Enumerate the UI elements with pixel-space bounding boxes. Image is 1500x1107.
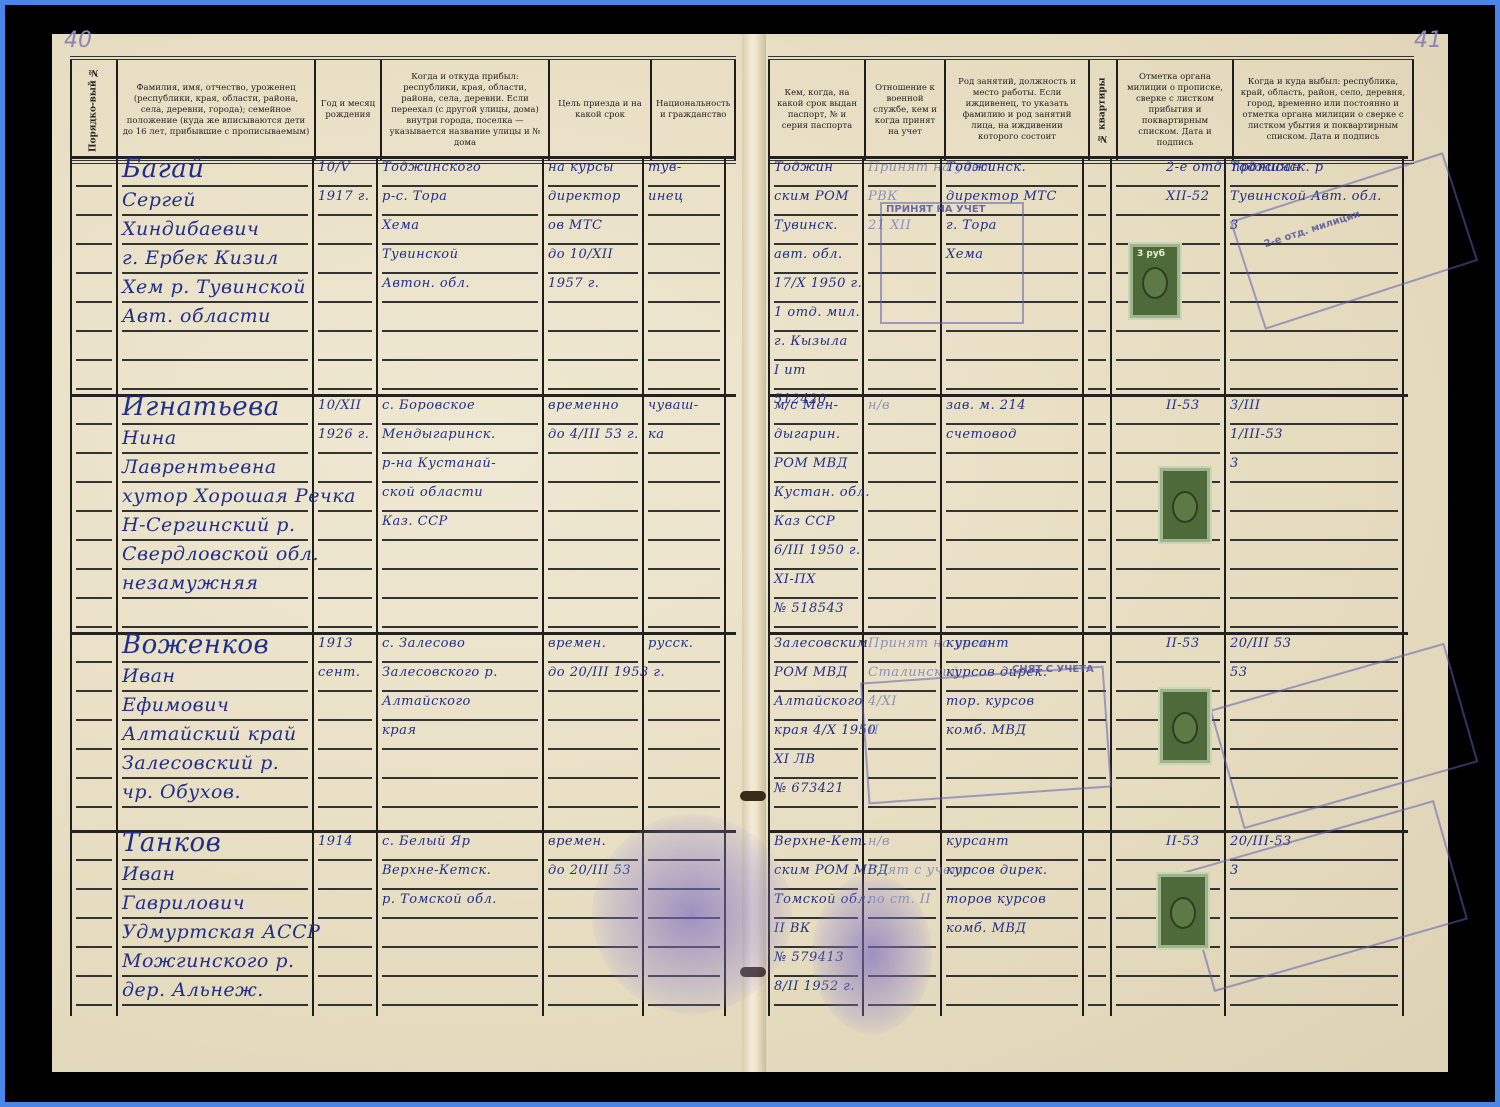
ruled-line xyxy=(318,777,372,779)
handwritten-birth: 1926 г. xyxy=(318,427,369,442)
handwritten-passport: 17/X 1950 г. xyxy=(774,276,862,291)
ruled-line xyxy=(548,690,638,692)
handwritten-passport: № 673421 xyxy=(774,781,844,796)
ruled-line xyxy=(318,690,372,692)
registration-stamp xyxy=(880,202,1024,324)
ink-smear xyxy=(592,814,792,1014)
ruled-line xyxy=(382,301,538,303)
ruled-line xyxy=(1116,806,1220,808)
ruled-line xyxy=(318,423,372,425)
handwritten-occupation: зав. м. 214 xyxy=(946,398,1026,413)
ruled-line xyxy=(122,859,308,861)
ruled-line xyxy=(648,510,720,512)
ruled-line xyxy=(122,719,308,721)
ruled-line xyxy=(1116,359,1220,361)
ruled-line xyxy=(548,1004,638,1006)
ruled-line xyxy=(1116,388,1220,390)
header-col-3: Год и месяц рождения xyxy=(315,58,381,162)
ruled-line xyxy=(122,690,308,692)
ruled-line xyxy=(318,597,372,599)
ruled-line xyxy=(548,597,638,599)
ruled-line xyxy=(774,243,858,245)
ruled-line xyxy=(648,539,720,541)
handwritten-military: н/в xyxy=(868,834,890,849)
ruled-line xyxy=(318,975,372,977)
ruled-line xyxy=(1116,661,1220,663)
ruled-line xyxy=(382,330,538,332)
register-header-left: Порядко-вый № Фамилия, имя, отчество, ур… xyxy=(70,56,736,164)
ruled-line xyxy=(548,510,638,512)
ruled-line xyxy=(548,330,638,332)
ruled-line xyxy=(382,859,538,861)
ruled-line xyxy=(76,539,112,541)
handwritten-passport: 6/III 1950 г. xyxy=(774,543,861,558)
ruled-line xyxy=(774,388,858,390)
ruled-line xyxy=(122,388,308,390)
handwritten-passport: авт. обл. xyxy=(774,247,843,262)
handwritten-name-lines: Н-Сергинский р. xyxy=(122,514,296,536)
ruled-line xyxy=(946,481,1078,483)
handwritten-name-lines: Залесовский р. xyxy=(122,752,279,774)
ruled-line xyxy=(548,481,638,483)
ruled-line xyxy=(1088,626,1106,628)
ruled-line xyxy=(1116,597,1220,599)
handwritten-departure: 1/III-53 xyxy=(1230,427,1283,442)
ruled-line xyxy=(1088,975,1106,977)
ruled-line xyxy=(122,626,308,628)
ruled-line xyxy=(868,661,936,663)
ruled-line xyxy=(76,626,112,628)
ruled-line xyxy=(1230,481,1398,483)
ruled-line xyxy=(122,806,308,808)
ruled-line xyxy=(1230,423,1398,425)
handwritten-occupation: счетовод xyxy=(946,427,1017,442)
ruled-line xyxy=(1088,806,1106,808)
handwritten-arrived-from: Мендыгаринск. xyxy=(382,427,496,442)
ruled-line xyxy=(648,330,720,332)
ruled-line xyxy=(1230,626,1398,628)
deregistration-stamp-text: СНЯТ С УЧЕТА xyxy=(1012,664,1094,675)
ruled-line xyxy=(318,1004,372,1006)
ruled-line xyxy=(648,597,720,599)
handwritten-arrived-from: р. Томской обл. xyxy=(382,892,497,907)
header-col-11: Отметка органа милиции о прописке, сверк… xyxy=(1117,58,1233,162)
ruled-line xyxy=(648,272,720,274)
handwritten-name-lines: Авт. области xyxy=(122,305,271,327)
ruled-line xyxy=(122,597,308,599)
handwritten-arrived-from: с. Белый Яр xyxy=(382,834,470,849)
ruled-line xyxy=(382,888,538,890)
ruled-line xyxy=(774,272,858,274)
ruled-line xyxy=(548,748,638,750)
ruled-line xyxy=(946,661,1078,663)
ruled-line xyxy=(1088,661,1106,663)
handwritten-name-lines: Свердловской обл. xyxy=(122,543,319,565)
ruled-line xyxy=(76,946,112,948)
ruled-line xyxy=(648,452,720,454)
ruled-line xyxy=(318,626,372,628)
ruled-line xyxy=(548,388,638,390)
ruled-line xyxy=(76,748,112,750)
handwritten-name-lines: Ефимович xyxy=(122,694,229,716)
ruled-line xyxy=(774,748,858,750)
ruled-line xyxy=(122,568,308,570)
ruled-line xyxy=(122,748,308,750)
ruled-line xyxy=(1230,388,1398,390)
ruled-line xyxy=(76,185,112,187)
ruled-line xyxy=(76,859,112,861)
ruled-line xyxy=(382,452,538,454)
ruled-line xyxy=(946,1004,1078,1006)
ruled-line xyxy=(548,214,638,216)
ruled-line xyxy=(382,272,538,274)
ruled-line xyxy=(76,806,112,808)
ruled-line xyxy=(318,330,372,332)
handwritten-arrived-from: с. Боровское xyxy=(382,398,475,413)
ruled-line xyxy=(1088,243,1106,245)
ruled-line xyxy=(382,539,538,541)
ruled-line xyxy=(76,568,112,570)
ruled-line xyxy=(76,452,112,454)
handwritten-name-lines: Гаврилович xyxy=(122,892,245,914)
handwritten-passport: Алтайского xyxy=(774,694,863,709)
ruled-line xyxy=(1116,423,1220,425)
handwritten-name-lines: Воженков xyxy=(122,630,269,660)
ruled-line xyxy=(774,806,858,808)
ruled-line xyxy=(318,719,372,721)
ruled-line xyxy=(1088,359,1106,361)
ruled-line xyxy=(122,272,308,274)
ruled-line xyxy=(76,661,112,663)
handwritten-purpose: до 10/XII xyxy=(548,247,613,262)
ruled-line xyxy=(648,690,720,692)
ruled-line xyxy=(76,301,112,303)
ruled-line xyxy=(648,481,720,483)
ruled-line xyxy=(76,359,112,361)
ruled-line xyxy=(774,719,858,721)
ruled-line xyxy=(1088,330,1106,332)
handwritten-arrived-from: с. Залесово xyxy=(382,636,465,651)
handwritten-arrived-from: Хема xyxy=(382,218,419,233)
ruled-line xyxy=(122,243,308,245)
handwritten-arrived-from: Автон. обл. xyxy=(382,276,470,291)
handwritten-birth: 10/XII xyxy=(318,398,361,413)
handwritten-police-mark: XII-52 xyxy=(1166,189,1209,204)
ruled-line xyxy=(548,185,638,187)
ruled-line xyxy=(122,510,308,512)
handwritten-passport: РОМ МВД xyxy=(774,456,848,471)
handwritten-passport: ским РОМ xyxy=(774,189,849,204)
ruled-line xyxy=(1116,330,1220,332)
ruled-line xyxy=(868,359,936,361)
ruled-line xyxy=(648,214,720,216)
ruled-line xyxy=(76,423,112,425)
handwritten-arrived-from: Каз. ССР xyxy=(382,514,448,529)
ruled-line xyxy=(76,510,112,512)
ruled-line xyxy=(648,388,720,390)
ruled-line xyxy=(318,539,372,541)
ruled-line xyxy=(76,690,112,692)
ruled-line xyxy=(318,359,372,361)
handwritten-birth: 1914 xyxy=(318,834,353,849)
ruled-line xyxy=(122,661,308,663)
ruled-line xyxy=(122,1004,308,1006)
ruled-line xyxy=(1088,568,1106,570)
ruled-line xyxy=(1116,626,1220,628)
ruled-line xyxy=(122,777,308,779)
handwritten-occupation: курсант xyxy=(946,834,1009,849)
page-number-right: 41 xyxy=(1414,28,1442,53)
ruled-line xyxy=(548,719,638,721)
revenue-stamp xyxy=(1160,468,1210,542)
ruled-line xyxy=(548,301,638,303)
handwritten-name-lines: Удмуртская АССР xyxy=(122,921,320,943)
ruled-line xyxy=(382,661,538,663)
ruled-line xyxy=(318,185,372,187)
ruled-line xyxy=(648,748,720,750)
ruled-line xyxy=(318,243,372,245)
handwritten-name-lines: Игнатьева xyxy=(122,392,280,422)
ruled-line xyxy=(946,330,1078,332)
ruled-line xyxy=(76,777,112,779)
ruled-line xyxy=(1088,301,1106,303)
ruled-line xyxy=(868,388,936,390)
ruled-line xyxy=(318,806,372,808)
handwritten-passport: м/с Мен- xyxy=(774,398,839,413)
ruled-line xyxy=(774,185,858,187)
handwritten-occupation: комб. МВД xyxy=(946,921,1027,936)
ruled-line xyxy=(382,214,538,216)
handwritten-name-lines: Танков xyxy=(122,828,221,858)
ruled-line xyxy=(774,481,858,483)
entry-separator xyxy=(768,632,1408,635)
deregistration-stamp xyxy=(860,666,1112,805)
ruled-line xyxy=(76,330,112,332)
header-col-1: Порядко-вый № xyxy=(71,58,117,162)
ruled-line xyxy=(946,859,1078,861)
ruled-line xyxy=(1088,481,1106,483)
ruled-line xyxy=(868,452,936,454)
ruled-line xyxy=(382,388,538,390)
ruled-line xyxy=(946,626,1078,628)
ruled-line xyxy=(1230,359,1398,361)
handwritten-arrived-from: Алтайского xyxy=(382,694,471,709)
handwritten-passport: г. Кызыла xyxy=(774,334,848,349)
handwritten-passport: № 518543 xyxy=(774,601,844,616)
ruled-line xyxy=(946,568,1078,570)
ruled-line xyxy=(774,539,858,541)
ruled-line xyxy=(946,539,1078,541)
handwritten-military: н/в xyxy=(868,398,890,413)
ruled-line xyxy=(122,888,308,890)
ruled-line xyxy=(1230,539,1398,541)
ruled-line xyxy=(122,452,308,454)
ruled-line xyxy=(122,975,308,977)
handwritten-passport: Тоджин xyxy=(774,160,833,175)
ruled-line xyxy=(868,806,936,808)
ruled-line xyxy=(548,626,638,628)
ruled-line xyxy=(122,185,308,187)
ruled-line xyxy=(946,806,1078,808)
ruled-line xyxy=(648,185,720,187)
ruled-line xyxy=(122,917,308,919)
handwritten-departure: 3/III xyxy=(1230,398,1261,413)
ruled-line xyxy=(648,777,720,779)
handwritten-nationality: русск. xyxy=(648,636,693,651)
handwritten-arrived-from: Залесовского р. xyxy=(382,665,498,680)
ruled-line xyxy=(774,859,858,861)
ruled-line xyxy=(76,917,112,919)
handwritten-name-lines: Сергей xyxy=(122,189,196,211)
column-rule xyxy=(376,156,378,1016)
ruled-line xyxy=(382,777,538,779)
handwritten-passport: Каз ССР xyxy=(774,514,835,529)
ruled-line xyxy=(76,214,112,216)
handwritten-occupation: курсов дирек. xyxy=(946,863,1047,878)
ruled-line xyxy=(548,806,638,808)
handwritten-passport: Залесовским xyxy=(774,636,868,651)
handwritten-name-lines: Можгинского р. xyxy=(122,950,295,972)
ruled-line xyxy=(382,597,538,599)
handwritten-departure: 53 xyxy=(1230,665,1248,680)
ruled-line xyxy=(122,481,308,483)
ruled-line xyxy=(1116,975,1220,977)
column-rule xyxy=(116,156,118,1016)
ruled-line xyxy=(648,301,720,303)
handwritten-purpose: до 4/III 53 г. xyxy=(548,427,639,442)
handwritten-passport: Тувинск. xyxy=(774,218,838,233)
ruled-line xyxy=(774,777,858,779)
handwritten-occupation: курсант xyxy=(946,636,1009,651)
ruled-line xyxy=(648,423,720,425)
handwritten-occupation: торов курсов xyxy=(946,892,1046,907)
handwritten-purpose: времен. xyxy=(548,834,606,849)
column-rule xyxy=(1082,156,1084,1016)
ruled-line xyxy=(946,975,1078,977)
ruled-line xyxy=(648,806,720,808)
handwritten-passport: Верхне-Кет. xyxy=(774,834,867,849)
ruled-line xyxy=(382,423,538,425)
handwritten-purpose: времен. xyxy=(548,636,606,651)
handwritten-passport: дыгарин. xyxy=(774,427,841,442)
handwritten-arrived-from: р-на Кустанай- xyxy=(382,456,496,471)
ruled-line xyxy=(382,481,538,483)
handwritten-nationality: инец xyxy=(648,189,684,204)
handwritten-arrived-from: р-с. Тора xyxy=(382,189,447,204)
ruled-line xyxy=(946,452,1078,454)
ruled-line xyxy=(382,626,538,628)
ruled-line xyxy=(318,388,372,390)
ruled-line xyxy=(774,597,858,599)
handwritten-departure: 3 xyxy=(1230,456,1239,471)
ruled-line xyxy=(1230,452,1398,454)
ruled-line xyxy=(122,423,308,425)
ruled-line xyxy=(382,568,538,570)
handwritten-arrived-from: ской области xyxy=(382,485,483,500)
ruled-line xyxy=(382,975,538,977)
ruled-line xyxy=(774,568,858,570)
ruled-line xyxy=(122,359,308,361)
ruled-line xyxy=(1088,388,1106,390)
ruled-line xyxy=(76,719,112,721)
ruled-line xyxy=(122,946,308,948)
ruled-line xyxy=(382,359,538,361)
handwritten-name-lines: Иван xyxy=(122,863,175,885)
ruled-line xyxy=(1230,568,1398,570)
handwritten-arrived-from: края xyxy=(382,723,416,738)
handwritten-purpose: на курсы xyxy=(548,160,614,175)
handwritten-name-lines: Хем р. Тувинской xyxy=(122,276,306,298)
header-col-2: Фамилия, имя, отчество, уроженец (респуб… xyxy=(117,58,315,162)
ruled-line xyxy=(1116,214,1220,216)
ruled-line xyxy=(774,330,858,332)
header-col-6: Национальность и гражданство xyxy=(651,58,735,162)
revenue-stamp xyxy=(1160,689,1210,763)
ruled-line xyxy=(1116,452,1220,454)
ruled-line xyxy=(1088,1004,1106,1006)
ruled-line xyxy=(318,946,372,948)
handwritten-passport: XI ЛВ xyxy=(774,752,815,767)
ruled-line xyxy=(122,214,308,216)
handwritten-passport: XI-ПХ xyxy=(774,572,816,587)
ruled-line xyxy=(1116,1004,1220,1006)
ruled-line xyxy=(318,301,372,303)
ruled-line xyxy=(868,510,936,512)
ruled-line xyxy=(868,626,936,628)
ruled-line xyxy=(1230,597,1398,599)
ruled-line xyxy=(1230,1004,1398,1006)
ruled-line xyxy=(648,568,720,570)
ruled-line xyxy=(318,661,372,663)
ruled-line xyxy=(774,301,858,303)
ruled-line xyxy=(382,946,538,948)
handwritten-birth: 1917 г. xyxy=(318,189,369,204)
handwritten-arrived-from: Верхне-Кетск. xyxy=(382,863,491,878)
handwritten-purpose: ов МТС xyxy=(548,218,602,233)
ruled-line xyxy=(774,626,858,628)
ruled-line xyxy=(122,539,308,541)
handwritten-arrived-from: Тувинской xyxy=(382,247,458,262)
ruled-line xyxy=(318,888,372,890)
handwritten-name-lines: Хиндибаевич xyxy=(122,218,259,240)
handwritten-name-lines: хутор Хорошая Речка xyxy=(122,485,356,507)
handwritten-police-mark: II-53 xyxy=(1166,834,1200,849)
ruled-line xyxy=(318,214,372,216)
ruled-line xyxy=(548,661,638,663)
ruled-line xyxy=(548,539,638,541)
ruled-line xyxy=(76,388,112,390)
ruled-line xyxy=(318,917,372,919)
handwritten-passport: края 4/X 1950 xyxy=(774,723,876,738)
ruled-line xyxy=(548,272,638,274)
ruled-line xyxy=(382,510,538,512)
handwritten-purpose: временно xyxy=(548,398,619,413)
ruled-line xyxy=(76,597,112,599)
ruled-line xyxy=(946,510,1078,512)
ruled-line xyxy=(946,423,1078,425)
handwritten-passport: I ит xyxy=(774,363,806,378)
header-col-4: Когда и откуда прибыл: республики, края,… xyxy=(381,58,549,162)
ruled-line xyxy=(76,481,112,483)
handwritten-purpose: 1957 г. xyxy=(548,276,599,291)
header-col-5: Цель приезда и на какой срок xyxy=(549,58,651,162)
ruled-line xyxy=(1088,539,1106,541)
handwritten-passport: 1 отд. мил. xyxy=(774,305,860,320)
handwritten-purpose: до 20/III 1953 г. xyxy=(548,665,665,680)
column-rule xyxy=(312,156,314,1016)
ruled-line xyxy=(1088,917,1106,919)
ruled-line xyxy=(774,452,858,454)
